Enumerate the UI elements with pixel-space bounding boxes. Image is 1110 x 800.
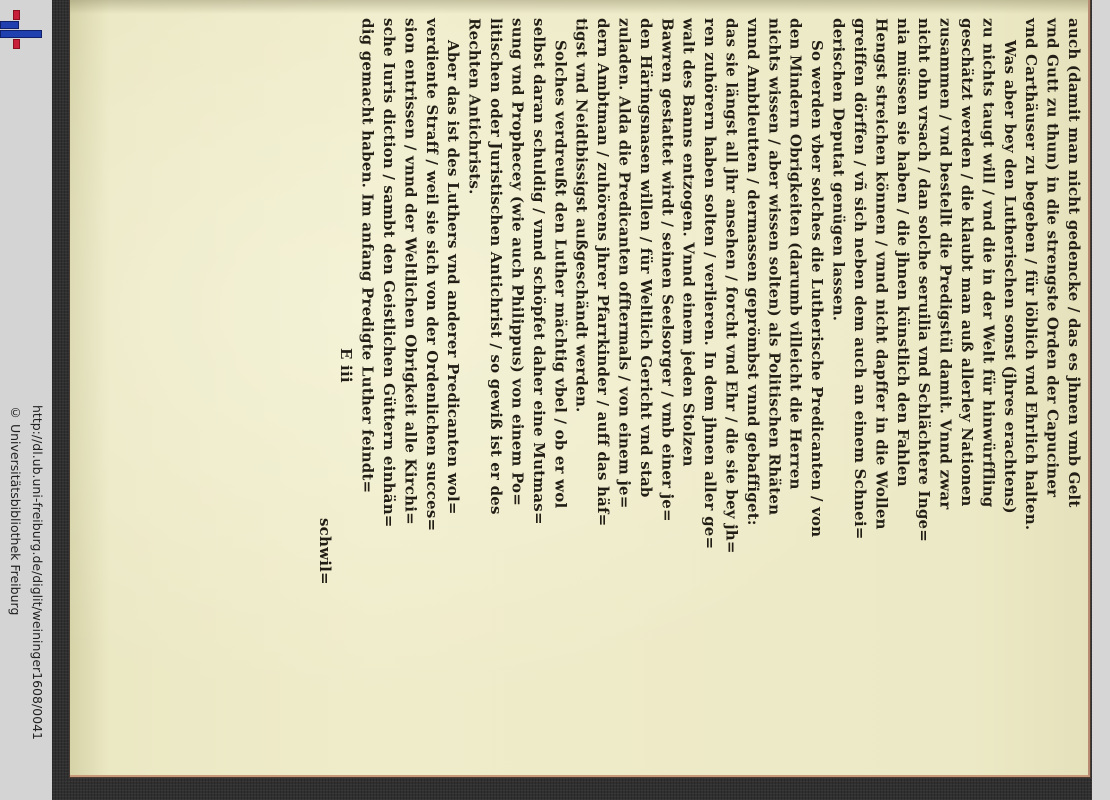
text-line: Solches verdreußt den Luther mächtig vbe… xyxy=(549,18,570,553)
text-line: Aber das ist des Luthers vnd anderer Pre… xyxy=(442,18,463,553)
text-line: walt des Banns entzogen. Vnnd einem jede… xyxy=(677,18,698,553)
text-line: den Mindern Obrigkeiten (darumb villeich… xyxy=(784,18,805,553)
source-url[interactable]: http://dl.ub.uni-freiburg.de/diglit/wein… xyxy=(26,405,48,795)
text-line: vnd Gutt zu thun) in die strengste Orden… xyxy=(1041,18,1062,553)
text-line: selbst daran schuldig / vnnd schöpfet da… xyxy=(527,18,548,553)
signature-mark: E iii xyxy=(335,18,356,553)
text-line: ren zuhörern haben solten / verlieren. I… xyxy=(699,18,720,553)
text-line: Bawren gestattet wirdt / seinen Seelsorg… xyxy=(656,18,677,553)
text-line: nia müssen sie haben / die jhnen künstli… xyxy=(891,18,912,553)
logo-red-mark-top xyxy=(13,10,20,20)
logo-blue-bar-short xyxy=(0,21,19,29)
right-margin-strip xyxy=(1092,0,1110,800)
text-line: litischen oder Juristischen Antichrist /… xyxy=(485,18,506,553)
text-line: Was aber bey den Lutherischen sonst (jhr… xyxy=(998,18,1019,553)
source-info: http://dl.ub.uni-freiburg.de/diglit/wein… xyxy=(4,405,48,795)
page-fold-shadow xyxy=(70,0,1088,14)
text-line: auch (damit man nicht gedencke / das es … xyxy=(1063,18,1084,553)
text-line: zusammen / vnd bestellt die Predigstül d… xyxy=(934,18,955,553)
logo-red-mark-bottom xyxy=(13,39,20,49)
text-line: Hengst streichen können / vnnd nicht dap… xyxy=(870,18,891,553)
text-line: zuladen. Alda die Predicanten offtermals… xyxy=(613,18,634,553)
text-line: tigst vnd Neidtbissigst außgeschändt wer… xyxy=(570,18,591,553)
text-line: dern Ambtman / zuhörens jhrer Pfarrkinde… xyxy=(592,18,613,553)
page-text: auch (damit man nicht gedencke / das es … xyxy=(313,18,1084,553)
text-line: derischen Deputat genügen lassen. xyxy=(827,18,848,553)
text-line: den Häringsnasen willen / für Weltlich G… xyxy=(634,18,655,553)
text-line: dig gemacht haben. Im anfang Predigte Lu… xyxy=(356,18,377,553)
copyright-notice: © Universitätsbibliothek Freiburg xyxy=(4,405,26,795)
text-line: vnnd Ambtleutten / dermassen geprömbst v… xyxy=(742,18,763,553)
catchword: schwil= xyxy=(313,18,334,553)
text-line: Rechten Antichrists. xyxy=(463,18,484,553)
text-line: nichts wissen / aber wissen solten) als … xyxy=(763,18,784,553)
text-line: sion entrissen / vnnd der Weltlichen Obr… xyxy=(399,18,420,553)
text-line: geschätzt werden / die klaubt man auß al… xyxy=(956,18,977,553)
text-line: vnd Carthäuser zu begeben / für löblich … xyxy=(1020,18,1041,553)
text-line: verdiente Straff / weil sie sich von der… xyxy=(420,18,441,553)
text-line: So werden vber solches die Lutherische P… xyxy=(806,18,827,553)
text-line: nicht ohn vrsach / dan solche seruilia v… xyxy=(913,18,934,553)
text-line: greiffen dörffen / vñ sich neben dem auc… xyxy=(849,18,870,553)
text-line: das sie längst all jhr ansehen / forcht … xyxy=(720,18,741,553)
text-line: sung vnd Prophecey (wie auch Philippus) … xyxy=(506,18,527,553)
text-line: zu nichts taugt will / vnd die in der We… xyxy=(977,18,998,553)
text-line: sche Iuris diction / sambt den Geistlich… xyxy=(378,18,399,553)
library-logo-icon[interactable] xyxy=(0,8,44,48)
logo-blue-bar-long xyxy=(0,30,42,38)
viewer-sidebar: http://dl.ub.uni-freiburg.de/diglit/wein… xyxy=(0,0,52,800)
